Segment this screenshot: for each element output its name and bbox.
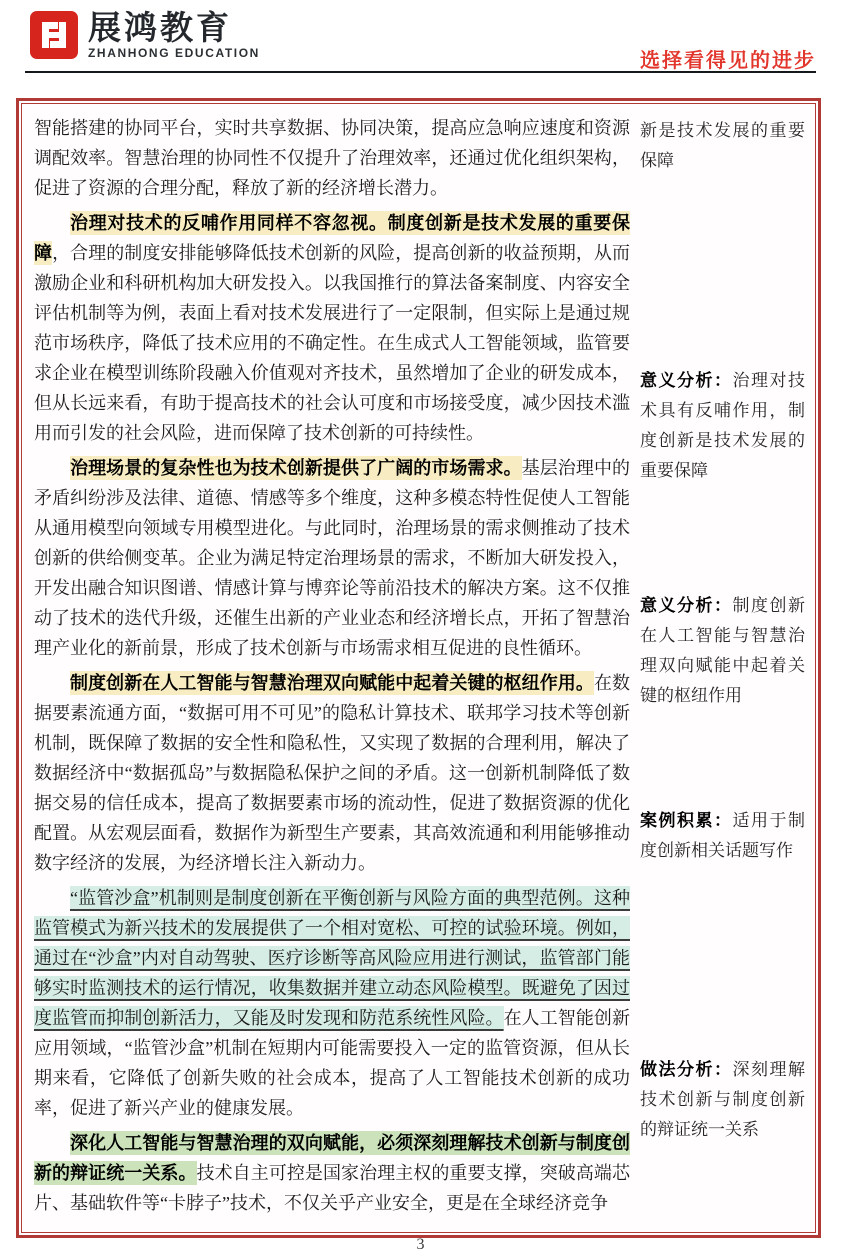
paragraph: 治理对技术的反哺作用同样不容忽视。制度创新是技术发展的重要保障，合理的制度安排能… — [34, 208, 630, 448]
brand-name-chinese: 展鸿教育 — [88, 10, 260, 46]
document-frame-inner: 智能搭建的协同平台，实时共享数据、协同决策，提高应急响应速度和资源调配效率。智慧… — [21, 103, 816, 1233]
paragraph: 治理场景的复杂性也为技术创新提供了广阔的市场需求。基层治理中的矛盾纠纷涉及法律、… — [34, 453, 630, 663]
margin-note-label: 案例积累： — [640, 811, 733, 830]
brand-logo-text: 展鸿教育 ZHANHONG EDUCATION — [88, 10, 260, 60]
document-frame: 智能搭建的协同平台，实时共享数据、协同决策，提高应急响应速度和资源调配效率。智慧… — [16, 98, 821, 1238]
paragraph: “监管沙盒”机制则是制度创新在平衡创新与风险方面的典型范例。这种监管模式为新兴技… — [34, 883, 630, 1123]
paragraph: 深化人工智能与智慧治理的双向赋能，必须深刻理解技术创新与制度创新的辩证统一关系。… — [34, 1128, 630, 1218]
paragraph: 制度创新在人工智能与智慧治理双向赋能中起着关键的枢纽作用。在数据要素流通方面，“… — [34, 668, 630, 878]
header-divider — [25, 71, 816, 73]
header-slogan: 选择看得见的进步 — [640, 44, 816, 73]
margin-note-label: 意义分析： — [640, 596, 733, 615]
text-segment: 智能搭建的协同平台，实时共享数据、协同决策，提高应急响应速度和资源调配效率。智慧… — [34, 118, 630, 198]
header: 展鸿教育 ZHANHONG EDUCATION 选择看得见的进步 — [30, 10, 816, 70]
margin-note-label: 意义分析： — [640, 371, 733, 390]
brand-name-english: ZHANHONG EDUCATION — [88, 46, 260, 60]
margin-note-label: 做法分析： — [640, 1060, 733, 1079]
margin-note: 新是技术发展的重要保障 — [640, 116, 805, 176]
page-number: 3 — [0, 1235, 841, 1255]
highlighted-text-segment: 治理场景的复杂性也为技术创新提供了广阔的市场需求。 — [70, 456, 522, 480]
text-segment: 基层治理中的矛盾纠纷涉及法律、道德、情感等多个维度，这种多模态特性促使人工智能从… — [34, 458, 630, 658]
brand-logo-icon — [30, 10, 78, 60]
margin-note: 做法分析：深刻理解技术创新与制度创新的辩证统一关系 — [640, 1055, 805, 1145]
page: 展鸿教育 ZHANHONG EDUCATION 选择看得见的进步 智能搭建的协同… — [0, 0, 841, 1256]
margin-note: 意义分析：制度创新在人工智能与智慧治理双向赋能中起着关键的枢纽作用 — [640, 591, 805, 711]
text-segment: 在数据要素流通方面，“数据可用不可见”的隐私计算技术、联邦学习技术等创新机制，既… — [34, 673, 630, 873]
text-segment: ，合理的制度安排能够降低技术创新的风险，提高创新的收益预期，从而激励企业和科研机… — [34, 243, 630, 443]
margin-note-text: 新是技术发展的重要保障 — [640, 121, 805, 170]
margin-note: 意义分析：治理对技术具有反哺作用，制度创新是技术发展的重要保障 — [640, 366, 805, 486]
margin-note: 案例积累：适用于制度创新相关话题写作 — [640, 806, 805, 866]
margin-notes-column: 新是技术发展的重要保障意义分析：治理对技术具有反哺作用，制度创新是技术发展的重要… — [640, 113, 807, 1224]
highlighted-text-segment: 制度创新在人工智能与智慧治理双向赋能中起着关键的枢纽作用。 — [70, 671, 594, 695]
document-body: 智能搭建的协同平台，实时共享数据、协同决策，提高应急响应速度和资源调配效率。智慧… — [34, 113, 630, 1224]
paragraph: 智能搭建的协同平台，实时共享数据、协同决策，提高应急响应速度和资源调配效率。智慧… — [34, 113, 630, 203]
